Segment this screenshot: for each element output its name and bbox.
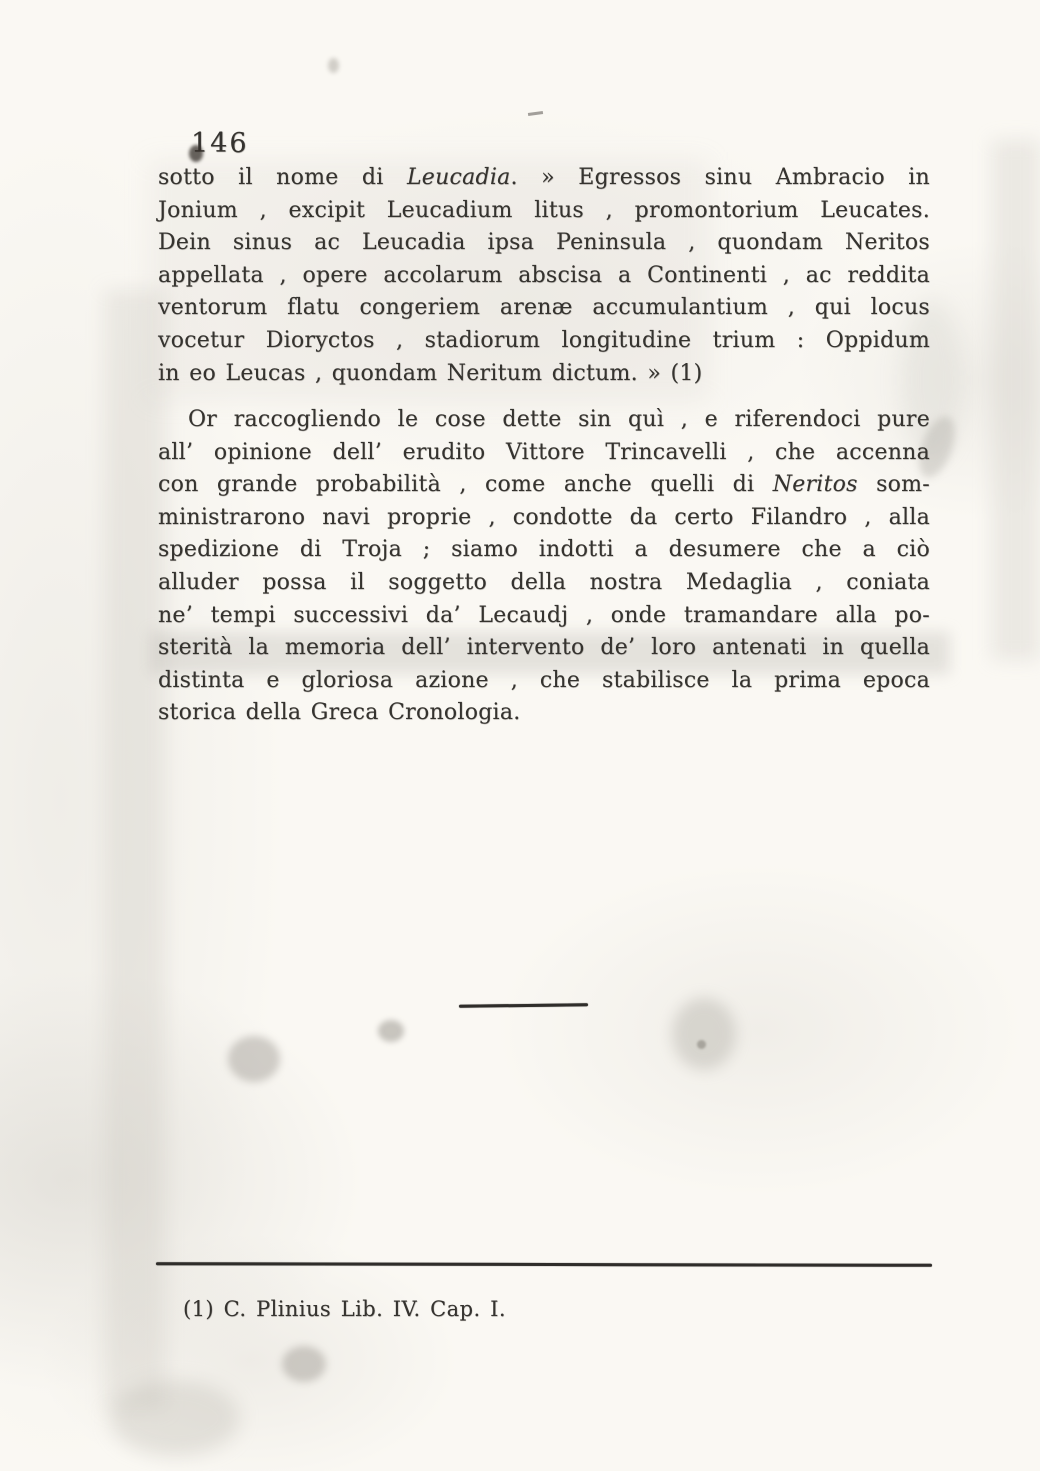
scan-stain bbox=[282, 1346, 326, 1382]
text-segment: all’ opinione dell’ erudito Vittore Trin… bbox=[158, 440, 930, 465]
text-line: sterità la memoria dell’ intervento de’ … bbox=[158, 632, 930, 665]
text-line: ventorum flatu congeriem arenæ accumulan… bbox=[158, 292, 930, 325]
text-segment: in eo Leucas , quondam Neritum dictum. »… bbox=[158, 361, 703, 386]
footnote-separator-rule bbox=[156, 1262, 932, 1266]
text-segment: spedizione di Troja ; siamo indotti a de… bbox=[158, 537, 930, 562]
page-number: 146 bbox=[191, 128, 249, 159]
text-line: spedizione di Troja ; siamo indotti a de… bbox=[158, 534, 930, 567]
text-line: vocetur Dioryctos , stadiorum longitudin… bbox=[158, 325, 930, 358]
text-segment: distinta e gloriosa azione , che stabili… bbox=[158, 668, 930, 693]
footnote-citation: (1) C. Plinius Lib. IV. Cap. I. bbox=[183, 1297, 506, 1321]
text-line: storica della Greca Cronologia. bbox=[158, 697, 930, 730]
text-segment: appellata , opere accolarum abscisa a Co… bbox=[158, 263, 930, 288]
scan-stain bbox=[110, 1380, 240, 1456]
text-segment: Dein sinus ac Leucadia ipsa Peninsula , … bbox=[158, 230, 930, 255]
text-line: Or raccogliendo le cose dette sin quì , … bbox=[158, 404, 930, 437]
scan-stain bbox=[672, 998, 736, 1070]
text-line: in eo Leucas , quondam Neritum dictum. »… bbox=[158, 358, 930, 391]
text-line: ne’ tempi successivi da’ Lecaudj , onde … bbox=[158, 600, 930, 633]
text-line: Dein sinus ac Leucadia ipsa Peninsula , … bbox=[158, 227, 930, 260]
text-segment: con grande probabilità , come anche quel… bbox=[158, 472, 773, 497]
scan-stain bbox=[992, 140, 1040, 660]
text-segment: Jonium , excipit Leucadium litus , promo… bbox=[158, 198, 930, 223]
scan-stain bbox=[378, 1020, 404, 1042]
text-line: con grande probabilità , come anche quel… bbox=[158, 469, 930, 502]
text-line: all’ opinione dell’ erudito Vittore Trin… bbox=[158, 437, 930, 470]
text-segment: vocetur Dioryctos , stadiorum longitudin… bbox=[158, 328, 930, 353]
text-segment: storica della Greca Cronologia. bbox=[158, 700, 521, 725]
scan-stain bbox=[697, 1040, 706, 1049]
italic-text-segment: Neritos bbox=[773, 472, 858, 497]
text-line: distinta e gloriosa azione , che stabili… bbox=[158, 665, 930, 698]
text-segment: . » Egressos sinu Ambracio in bbox=[511, 165, 930, 190]
text-segment: ventorum flatu congeriem arenæ accumulan… bbox=[158, 295, 930, 320]
scan-stain bbox=[228, 1036, 280, 1082]
italian-commentary-paragraph: Or raccogliendo le cose dette sin quì , … bbox=[158, 404, 930, 730]
section-divider-rule bbox=[459, 1003, 588, 1008]
text-segment: ministrarono navi proprie , condotte da … bbox=[158, 505, 930, 530]
text-segment: sotto il nome di bbox=[158, 165, 407, 190]
italic-text-segment: Leucadia bbox=[407, 165, 511, 190]
text-segment: som- bbox=[858, 472, 930, 497]
text-segment: alluder possa il soggetto della nostra M… bbox=[158, 570, 930, 595]
text-segment: ne’ tempi successivi da’ Lecaudj , onde … bbox=[158, 603, 930, 628]
text-line: appellata , opere accolarum abscisa a Co… bbox=[158, 260, 930, 293]
text-segment: Or raccogliendo le cose dette sin quì , … bbox=[188, 407, 930, 432]
text-line: alluder possa il soggetto della nostra M… bbox=[158, 567, 930, 600]
text-line: Jonium , excipit Leucadium litus , promo… bbox=[158, 195, 930, 228]
text-segment: sterità la memoria dell’ intervento de’ … bbox=[158, 635, 930, 660]
scanned-book-page: { "page": { "number": "146", "paper_colo… bbox=[0, 0, 1040, 1471]
scan-stain bbox=[105, 290, 165, 1410]
scan-stain bbox=[328, 58, 339, 73]
scan-stain bbox=[528, 111, 543, 116]
text-line: sotto il nome di Leucadia. » Egressos si… bbox=[158, 162, 930, 195]
latin-quotation-paragraph: sotto il nome di Leucadia. » Egressos si… bbox=[158, 162, 930, 390]
text-line: ministrarono navi proprie , condotte da … bbox=[158, 502, 930, 535]
